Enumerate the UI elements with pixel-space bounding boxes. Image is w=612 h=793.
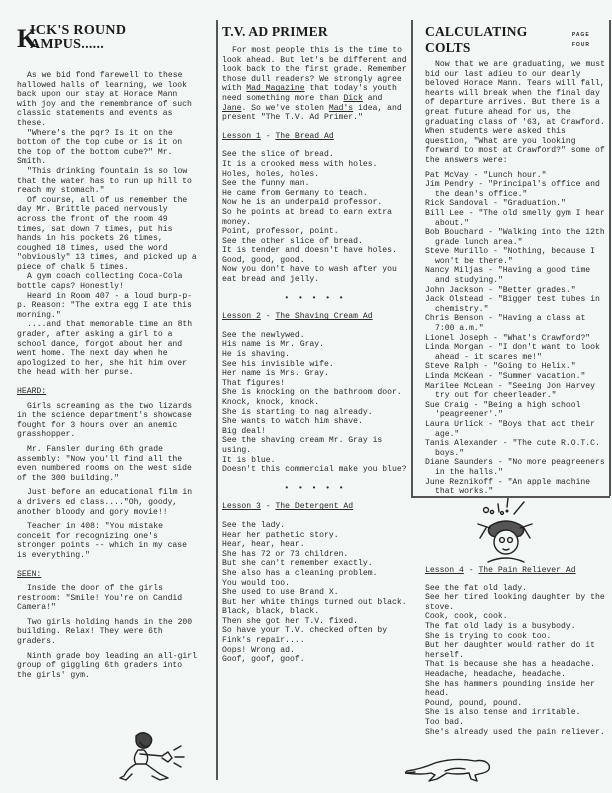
lesson-line: See the shaving cream Mr. Gray is using. [222,436,408,455]
kampus-paragraph: Heard in Room 407 - a loud burp-p-p. Rea… [17,292,197,321]
lesson-dash: - [464,566,479,575]
spacer [222,141,408,150]
lesson-number: Lesson 2 [222,312,261,321]
lesson-line: Hear her pathetic story. [222,531,408,541]
lesson-line: She also has a cleaning problem. [222,569,408,579]
student-answers-list: Pat McVay - "Lunch hour."Jim Pendry - "P… [425,171,607,497]
student-name: June Reznikoff [425,478,493,487]
spacer [222,475,408,484]
tv-ad-primer-intro: For most people this is the time to look… [222,46,408,123]
calculating-colts-column: CALCULATING COLTS PAGE FOUR Now that we … [425,24,607,497]
underlined-title: Jane [222,104,241,113]
lesson-line: She is starting to nag already. [222,408,408,418]
lesson-line: She has 72 or 73 children. [222,550,408,560]
leaping-cougar-drawing-icon [405,757,495,785]
student-name: Marilee McLean [425,382,493,391]
lesson-line: The fat old lady is a busybody. [425,622,607,632]
lesson-line: See her tired looking daughter by the st… [425,593,607,612]
kampus-paragraph: As we bid fond farewell to these hallowe… [17,71,197,129]
lesson-line: See his invisible wife. [222,360,408,370]
kampus-paragraph: "Where's the pqr? Is it on the bottom of… [17,129,197,167]
seen-paragraphs: Inside the door of the girls restroom: "… [17,579,197,680]
lesson-line: Hear, hear, hear. [222,540,408,550]
lesson-line: She wants to watch him shave. [222,417,408,427]
student-answer: Marilee McLean - "Seeing Jon Harvey try … [425,382,607,401]
student-name: Laura Urlick [425,420,483,429]
lesson-line: It is blue. [222,456,408,466]
student-answer: June Reznikoff - "An apple machine that … [425,478,607,497]
kampus-paragraph: ....and that memorable time an 8th grade… [17,320,197,378]
spacer [222,322,408,331]
lesson-line: See the funny man. [222,179,408,189]
newspaper-page: K ICK'S ROUND AMPUS...... As we bid fond… [0,0,612,793]
kicks-round-kampus-title: K ICK'S ROUND AMPUS...... [17,26,197,62]
heard-item: Teacher in 408: "You mistake conceit for… [17,522,197,560]
lesson-name: The Pain Reliever Ad [478,566,575,575]
lesson-line: Headache, headache, headache. [425,670,607,680]
student-name: Pat McVay [425,171,469,180]
lesson-4-section: Lesson 4 - The Pain Reliever Ad See the … [425,566,607,737]
student-answer: Lionel Joseph - "What's Crawford?" [425,334,607,344]
kicks-round-kampus-column: K ICK'S ROUND AMPUS...... As we bid fond… [17,26,197,680]
tv-ad-primer-column: T.V. AD PRIMER For most people this is t… [222,24,408,665]
lesson-line: Now you don't have to wash after you eat… [222,265,408,284]
lesson-name: The Detergent Ad [275,502,353,511]
separator-stars: • • • • • [222,294,408,304]
student-name: Jim Pendry [425,180,474,189]
student-answer: Bill Lee - "The old smelly gym I hear ab… [425,209,607,228]
lesson-line: Point, professor, point. [222,227,408,237]
lesson-line: It is tender and doesn't have holes. [222,246,408,256]
lesson-line: She is also tense and irritable. [425,708,607,718]
student-name: Lionel Joseph [425,334,488,343]
lesson-line: See the lady. [222,521,408,531]
lesson-line: But her white things turned out black. [222,598,408,608]
intro-text: and [363,94,382,103]
student-answer: Laura Urlick - "Boys that act their age.… [425,420,607,439]
lesson-line: Holes, holes, holes. [222,170,408,180]
lesson-line: It is a crooked mess with holes. [222,160,408,170]
student-answer: Sue Craig - "Being a high school 'peagre… [425,401,607,420]
student-quote: "What's Crawford?" [503,334,590,343]
student-quote: "Lunch hour." [483,171,546,180]
student-quote: "Summer vacation." [498,372,585,381]
lesson-title: Lesson 2 - The Shaving Cream Ad [222,312,408,322]
lesson-line: So he points at bread to earn extra mone… [222,208,408,227]
lesson-number: Lesson 1 [222,132,261,141]
student-answer: Tanis Alexander - "The cute R.O.T.C. boy… [425,439,607,458]
student-quote: "Going to Helix." [493,362,576,371]
seen-item: Inside the door of the girls restroom: "… [17,584,197,613]
spacer [222,493,408,502]
lesson-line: She used to use Brand X. [222,588,408,598]
box-border-left [411,20,413,496]
calculating-colts-intro: Now that we are graduating, we must bid … [425,60,607,166]
student-answer: Diane Saunders - "No more peagreeners in… [425,458,607,477]
student-answer: Steve Ralph - "Going to Helix." [425,362,607,372]
lesson-line: That figures! [222,379,408,389]
column-divider-left [216,20,218,780]
student-answer: Jack Olstead - "Bigger test tubes in che… [425,295,607,314]
intro-text: . So we've stolen [241,104,328,113]
heard-label: HEARD: [17,387,197,397]
student-answer: Linda Morgan - "I don't want to look ahe… [425,343,607,362]
lesson-dash: - [261,502,276,511]
kampus-intro-paragraphs: As we bid fond farewell to these hallowe… [17,71,197,378]
lesson-line: See the fat old lady. [425,584,607,594]
title-line-1: ICK'S ROUND [30,26,126,36]
student-quote: "Graduation." [503,199,566,208]
student-name: Bob Bouchard [425,228,483,237]
student-name: Steve Murillo [425,247,488,256]
student-answer: Linda McKean - "Summer vacation." [425,372,607,382]
student-name: Chris Benson [425,314,483,323]
page-number-label: PAGE FOUR [572,31,607,50]
cheerleader-drawing-icon [118,730,188,786]
student-name: Rick Sandoval [425,199,488,208]
lesson-line: Her name is Mrs. Gray. [222,369,408,379]
tv-ad-primer-title: T.V. AD PRIMER [222,24,408,40]
underlined-title: Mad's [329,104,353,113]
seen-item: Two girls holding hands in the 200 build… [17,618,197,647]
student-name: Bill Lee [425,209,464,218]
lesson-line: She is trying to cook too. [425,632,607,642]
lesson-line: Cook, cook, cook. [425,612,607,622]
student-name: Linda Morgan [425,343,483,352]
seen-label: SEEN: [17,570,197,580]
lesson-line: She is knocking on the bathroom door. [222,388,408,398]
student-answer: Chris Benson - "Having a class at 7:00 a… [425,314,607,333]
separator-stars: • • • • • [222,484,408,494]
box-border-right [609,20,611,496]
lesson-line: Knock, knock, knock. [222,398,408,408]
lesson-line: Doesn't this commercial make you blue? [222,465,408,475]
lesson-line: So have your T.V. checked often by Fink'… [222,626,408,645]
lesson-number: Lesson 4 [425,566,464,575]
lesson-line: Good, good, good. [222,256,408,266]
student-answer: Nancy Miljas - "Having a good time and s… [425,266,607,285]
lesson-line: Then she got her T.V. fixed. [222,617,408,627]
lesson-number: Lesson 3 [222,502,261,511]
student-name: John Jackson [425,286,483,295]
spacer [222,303,408,312]
kampus-paragraph: Of course, all of us remember the day Mr… [17,196,197,273]
student-answer: Rick Sandoval - "Graduation." [425,199,607,209]
lesson-line: Big deal! [222,427,408,437]
student-name: Tanis Alexander [425,439,498,448]
lessons-list: Lesson 1 - The Bread AdSee the slice of … [222,123,408,665]
kampus-paragraph: A gym coach collecting Coca-Cola bottle … [17,272,197,291]
student-name: Sue Craig [425,401,469,410]
lesson-title: Lesson 1 - The Bread Ad [222,132,408,142]
lesson-line: She's already used the pain reliever. [425,728,607,738]
student-answer: Steve Murillo - "Nothing, because I won'… [425,247,607,266]
heard-paragraphs: Girls screaming as the two lizards in th… [17,397,197,561]
lesson-line: Black, black, black. [222,607,408,617]
student-name: Steve Ralph [425,362,478,371]
lesson-name: The Bread Ad [275,132,333,141]
lesson-line: Pound, pound, pound. [425,699,607,709]
lesson-4-lines: See the fat old lady.See her tired looki… [425,584,607,738]
lesson-line: She has hammers pounding inside her head… [425,680,607,699]
heard-item: Girls screaming as the two lizards in th… [17,402,197,440]
heard-item: Mr. Fansler during 6th grade assembly: "… [17,445,197,483]
lesson-dash: - [261,312,276,321]
heard-item: Just before an educational film in a dri… [17,488,197,517]
student-name: Nancy Miljas [425,266,483,275]
student-name: Jack Olstead [425,295,483,304]
title-line-2: AMPUS...... [30,40,104,50]
lesson-line: See the slice of bread. [222,150,408,160]
lesson-line: Oops! Wrong ad. [222,646,408,656]
lesson-line: That is because she has a headache. [425,660,607,670]
lesson-4-title: Lesson 4 - The Pain Reliever Ad [425,566,607,576]
student-name: Linda McKean [425,372,483,381]
seen-item: Ninth grade boy leading an all-girl grou… [17,652,197,681]
lesson-line: See the other slice of bread. [222,237,408,247]
student-answer: Bob Bouchard - "Walking into the 12th gr… [425,228,607,247]
lesson-title: Lesson 3 - The Detergent Ad [222,502,408,512]
student-answer: Jim Pendry - "Principal's office and the… [425,180,607,199]
student-quote: "Better grades." [498,286,576,295]
lesson-line: Too bad. [425,718,607,728]
lesson-line: His name is Mr. Gray. [222,340,408,350]
headache-girl-drawing-icon [470,498,542,564]
kampus-paragraph: "This drinking fountain is so low that t… [17,167,197,196]
lesson-line: Now he is an underpaid professor. [222,198,408,208]
lesson-line: He came from Germany to teach. [222,189,408,199]
underlined-title: Mad Magazine [246,84,304,93]
student-answer: John Jackson - "Better grades." [425,286,607,296]
lesson-line: See the newlywed. [222,331,408,341]
student-name: Diane Saunders [425,458,493,467]
lesson-line: You would too. [222,579,408,589]
lesson-name: The Shaving Cream Ad [275,312,372,321]
lesson-line: But her daughter would rather do it hers… [425,641,607,660]
spacer [222,123,408,132]
student-answer: Pat McVay - "Lunch hour." [425,171,607,181]
calculating-colts-title: CALCULATING COLTS [425,24,564,56]
lesson-line: He is shaving. [222,350,408,360]
underlined-title: Dick [343,94,362,103]
spacer [222,285,408,294]
lesson-dash: - [261,132,276,141]
lesson-line: Goof, goof, goof. [222,655,408,665]
spacer [222,512,408,521]
lesson-line: But she can't remember exactly. [222,559,408,569]
